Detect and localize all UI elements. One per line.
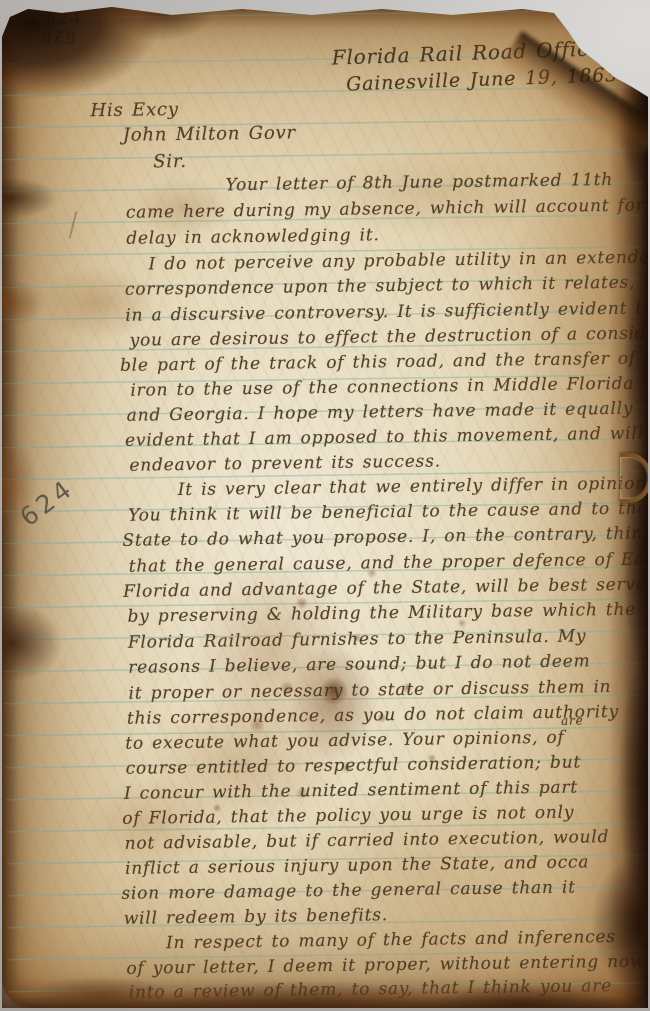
letter-line: You think it will be beneficial to the c…: [128, 498, 649, 525]
binding-thread-loop: [620, 453, 650, 503]
letter-line: inflict a serious injury upon the State,…: [125, 852, 589, 878]
ledger-page: Florida Rail Road Office Gainesville Jun…: [2, 3, 648, 1008]
letter-line: State to do what you propose. I, on the …: [122, 523, 650, 550]
letter-line: by preserving & holding the Military bas…: [127, 600, 636, 627]
letter-line: ble part of the track of this road, and …: [120, 348, 650, 376]
interlineation-are: are: [561, 713, 584, 727]
letter-line: course entitled to respectful considerat…: [126, 752, 582, 778]
salutation-sir: Sir.: [153, 151, 187, 172]
letter-line: Florida and advantage of the State, will…: [123, 574, 650, 601]
letter-line: in a discursive controversy. It is suffi…: [125, 298, 650, 326]
letter-line: this correspondence, as you do not claim…: [127, 702, 619, 729]
letter-line: not advisable, but if carried into execu…: [125, 827, 610, 854]
letter-line: Your letter of 8th June postmarked 11th: [225, 170, 613, 195]
letter-line: endeavor to prevent its success.: [129, 451, 441, 475]
page-number-stamp-offset: 626: [40, 25, 76, 48]
letter-line: you are desirous to effect the destructi…: [130, 323, 650, 351]
letter-line: will redeem by its benefits.: [124, 905, 389, 929]
letter-line: delay in acknowledging it.: [126, 225, 380, 249]
letter-line: of your letter, I deem it proper, withou…: [126, 952, 645, 979]
letter-line: sion more damage to the general cause th…: [121, 878, 576, 904]
letter-line: It is very clear that we entirely differ…: [178, 474, 648, 501]
letter-line: came here during my absence, which will …: [126, 196, 645, 223]
letter-line: to execute what you advise. Your opinion…: [125, 728, 565, 754]
letter-line: I do not perceive any probable utility i…: [148, 247, 650, 274]
letter-line: into a review of them, to say, that I th…: [129, 976, 613, 1003]
letter-line: evident that I am opposed to this moveme…: [125, 424, 644, 451]
letter-line: Florida Railroad furnishes to the Penins…: [128, 626, 587, 652]
letter-line: reasons I believe, are sound; but I do n…: [128, 651, 591, 677]
letter-line: iron to the use of the connections in Mi…: [130, 374, 634, 401]
salutation-excellency: His Excy: [90, 99, 179, 121]
letter-line: it proper or necessary to state or discu…: [128, 677, 611, 704]
letter-line: that the general cause, and the proper d…: [129, 549, 650, 576]
letter-line: of Florida, that the policy you urge is …: [122, 803, 574, 829]
handwriting-layer: Florida Rail Road Office Gainesville Jun…: [0, 0, 650, 1011]
letter-line: and Georgia. I hope my letters have made…: [127, 399, 634, 426]
letter-line: I concur with the united sentiment of th…: [124, 777, 578, 803]
letter-line: correspondence upon the subject to which…: [125, 272, 650, 300]
salutation-addressee: John Milton Govr: [123, 122, 296, 145]
letter-line: In respect to many of the facts and infe…: [166, 927, 616, 953]
